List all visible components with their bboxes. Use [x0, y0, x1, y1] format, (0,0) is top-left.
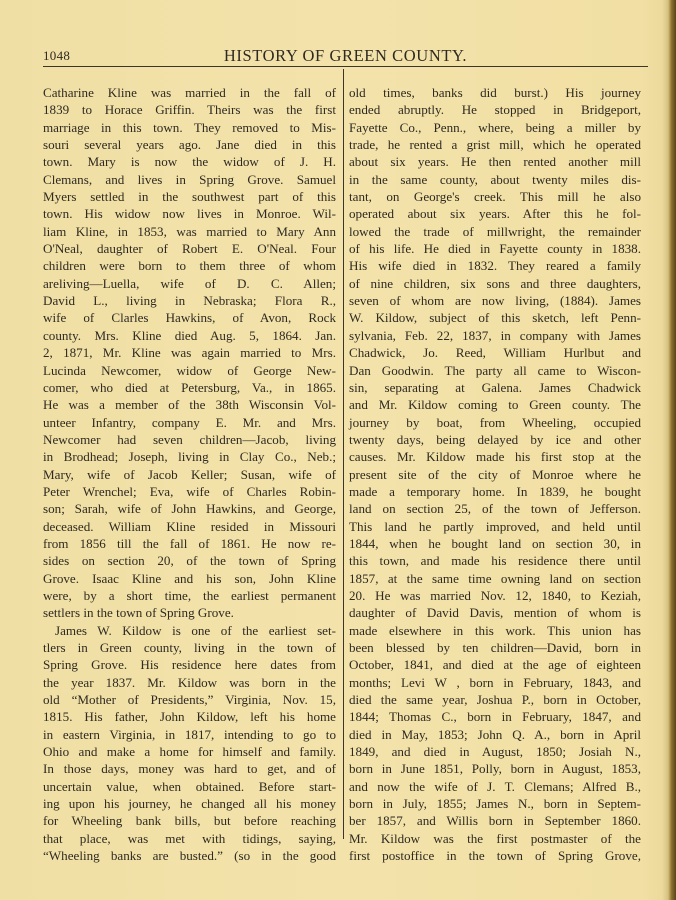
text-line: Lucinda Newcomer, widow of George New-	[43, 362, 336, 379]
text-line: James W. Kildow is one of the earliest s…	[43, 622, 336, 639]
text-line: this town, and made his residence there …	[349, 552, 641, 569]
text-line: about six years. He then rented another …	[349, 153, 641, 170]
column-divider	[343, 69, 344, 839]
text-line: O'Neal, daughter of Robert E. O'Neal. Fo…	[43, 240, 336, 257]
text-line: children were born to them three of whom	[43, 257, 336, 274]
text-line: uncertain value, when obtained. Before s…	[43, 778, 336, 795]
text-line: town. His widow now lives in Monroe. Wil…	[43, 205, 336, 222]
text-line: from 1856 till the fall of 1861. He now …	[43, 535, 336, 552]
text-line: ended abruptly. He stopped in Bridgeport…	[349, 101, 641, 118]
text-line: unteer Infantry, company E. Mr. and Mrs.	[43, 414, 336, 431]
text-line: Mr. Kildow was the first postmaster of t…	[349, 830, 641, 847]
text-line: died in May, 1853; John Q. A., born in A…	[349, 726, 641, 743]
text-line: sides on section 20, of the town of Spri…	[43, 552, 336, 569]
header-rule	[43, 66, 648, 67]
text-line: twenty days, being delayed by ice and ot…	[349, 431, 641, 448]
text-line: died the same year, Joshua P., born in O…	[349, 691, 641, 708]
text-line: lowed the trade of millwright, the remai…	[349, 223, 641, 240]
text-line: that place, was met with tidings, saying…	[43, 830, 336, 847]
text-line: wife of Clarles Hawkins, of Avon, Rock	[43, 309, 336, 326]
text-line: and now the wife of J. T. Clemans; Alfre…	[349, 778, 641, 795]
text-line: His wife died in 1832. They reared a fam…	[349, 257, 641, 274]
book-page: 1048 HISTORY OF GREEN COUNTY. Catharine …	[0, 0, 676, 900]
text-line: marriage in this town. They removed to M…	[43, 119, 336, 136]
text-line: for Wheeling bank bills, but before reac…	[43, 812, 336, 829]
text-line: Peter Wrenchel; Eva, wife of Charles Rob…	[43, 483, 336, 500]
text-line: and Mr. Kildow coming to Green county. T…	[349, 396, 641, 413]
text-line: comer, who died at Petersburg, Va., in 1…	[43, 379, 336, 396]
text-line: liam Kline, in 1853, was married to Mary…	[43, 223, 336, 240]
text-line: son; Sarah, wife of John Hawkins, and Ge…	[43, 500, 336, 517]
text-line: Catharine Kline was married in the fall …	[43, 84, 336, 101]
text-line: of nine children, six sons and three dau…	[349, 275, 641, 292]
text-line: 1857, at the same time owning land on se…	[349, 570, 641, 587]
text-line: daughter of David Davis, mention of whom…	[349, 604, 641, 621]
text-line: Ohio and make a home for himself and fam…	[43, 743, 336, 760]
text-line: Clemans, and lives in Spring Grove. Samu…	[43, 171, 336, 188]
text-line: sylvania, Feb. 22, 1837, in company with…	[349, 327, 641, 344]
text-line: Spring Grove. His residence here dates f…	[43, 656, 336, 673]
text-line: 1815. His father, John Kildow, left his …	[43, 708, 336, 725]
text-line: town. Mary is now the widow of J. H.	[43, 153, 336, 170]
text-line: in Brodhead; Joseph, living in Clay Co.,…	[43, 448, 336, 465]
text-line: W. Kildow, subject of this sketch, left …	[349, 309, 641, 326]
book-binding-edge	[668, 0, 676, 900]
text-line: 1844, when he bought land on section 30,…	[349, 535, 641, 552]
text-line: 1844; Thomas C., born in February, 1847,…	[349, 708, 641, 725]
text-line: 2, 1871, Mr. Kline was again married to …	[43, 344, 336, 361]
text-line: Fayette Co., Penn., where, being a mille…	[349, 119, 641, 136]
text-line: ber 1857, and Willis born in September 1…	[349, 812, 641, 829]
running-title: HISTORY OF GREEN COUNTY.	[43, 46, 648, 66]
text-line: 20. He was married Nov. 12, 1840, to Kez…	[349, 587, 641, 604]
left-column: Catharine Kline was married in the fall …	[43, 84, 336, 864]
text-line: county. Mrs. Kline died Aug. 5, 1864. Ja…	[43, 327, 336, 344]
text-line: first postoffice in the town of Spring G…	[349, 847, 641, 864]
page-header: 1048 HISTORY OF GREEN COUNTY.	[43, 48, 648, 68]
text-line: in the same county, about twenty miles d…	[349, 171, 641, 188]
text-line: He was a member of the 38th Wisconsin Vo…	[43, 396, 336, 413]
text-line: Newcomer had seven children—Jacob, livin…	[43, 431, 336, 448]
text-line: 1839 to Horace Griffin. Theirs was the f…	[43, 101, 336, 118]
text-line: journey by boat, from Wheeling, occupied	[349, 414, 641, 431]
text-line: Grove. Isaac Kline and his son, John Kli…	[43, 570, 336, 587]
text-line: old “Mother of Presidents,” Virginia, No…	[43, 691, 336, 708]
text-line: seven of whom are now living, (1884). Ja…	[349, 292, 641, 309]
text-line: ing upon his journey, he changed all his…	[43, 795, 336, 812]
text-line: trade, he rented a grist mill, which he …	[349, 136, 641, 153]
text-line: operated about six years. After this he …	[349, 205, 641, 222]
text-line: In those days, money was hard to get, an…	[43, 760, 336, 777]
text-line: born in July, 1855; James N., born in Se…	[349, 795, 641, 812]
text-line: Mary, wife of Jacob Keller; Susan, wife …	[43, 466, 336, 483]
text-line: of his life. He died in Fayette county i…	[349, 240, 641, 257]
text-line: This land he partly improved, and held u…	[349, 518, 641, 535]
text-line: made a temporary home. In 1839, he bough…	[349, 483, 641, 500]
text-line: areliving—Luella, wife of D. C. Allen;	[43, 275, 336, 292]
text-line: sin, separating at Galena. James Chadwic…	[349, 379, 641, 396]
text-line: Dan Goodwin. The party all came to Wisco…	[349, 362, 641, 379]
text-line: settlers in the town of Spring Grove.	[43, 604, 336, 621]
right-column: old times, banks did burst.) His journey…	[349, 84, 641, 864]
text-line: tant, on George's creek. This mill he al…	[349, 188, 641, 205]
text-line: David L., living in Nebraska; Flora R.,	[43, 292, 336, 309]
text-line: were, by a short time, the earliest perm…	[43, 587, 336, 604]
text-line: “Wheeling banks are busted.” (so in the …	[43, 847, 336, 864]
text-line: October, 1841, and died at the age of ei…	[349, 656, 641, 673]
text-line: deceased. William Kline resided in Misso…	[43, 518, 336, 535]
text-line: the year 1837. Mr. Kildow was born in th…	[43, 674, 336, 691]
text-line: born in June 1851, Polly, born in August…	[349, 760, 641, 777]
text-line: land on section 25, of the town of Jeffe…	[349, 500, 641, 517]
text-line: made elsewhere in this work. This union …	[349, 622, 641, 639]
text-line: causes. Mr. Kildow made his first stop a…	[349, 448, 641, 465]
text-line: 1849, and died in August, 1850; Josiah N…	[349, 743, 641, 760]
text-line: been blessed by ten children—David, born…	[349, 639, 641, 656]
text-line: months; Levi W , born in February, 1843,…	[349, 674, 641, 691]
text-line: present site of the city of Monroe where…	[349, 466, 641, 483]
text-line: souri several years ago. Jane died in th…	[43, 136, 336, 153]
text-line: in eastern Virginia, in 1817, intending …	[43, 726, 336, 743]
text-line: old times, banks did burst.) His journey	[349, 84, 641, 101]
text-line: tlers in Green county, living in the tow…	[43, 639, 336, 656]
text-line: Chadwick, Jo. Reed, William Hurlbut and	[349, 344, 641, 361]
text-line: Myers settled in the southwest part of t…	[43, 188, 336, 205]
